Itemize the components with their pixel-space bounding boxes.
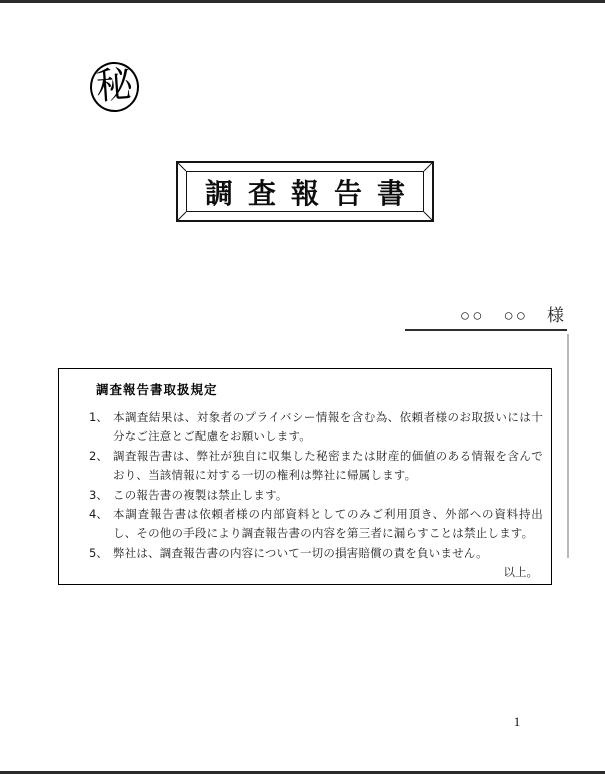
page-top-border <box>0 0 605 3</box>
page-bottom-border <box>0 771 605 774</box>
report-title-inner-frame: 調査報告書 <box>186 171 424 212</box>
item-number: 4、 <box>89 505 113 544</box>
regulation-item: 5、 弊社は、調査報告書の内容について一切の損害賠償の責を負いません。 <box>89 544 543 563</box>
confidential-stamp: 秘 <box>88 60 140 113</box>
item-text: 調査報告書は、弊社が独自に収集した秘密または財産的価値のある情報を含んでおり、当… <box>113 447 543 486</box>
item-number: 3、 <box>89 486 113 505</box>
item-text: 本調査結果は、対象者のプライバシー情報を含む為、依頼者様のお取扱いには十分なご注… <box>113 408 543 447</box>
item-number: 1、 <box>89 408 113 447</box>
regulation-item: 4、 本調査報告書は依頼者様の内部資料としてのみご利用頂き、外部への資料持出し、… <box>89 505 543 544</box>
report-cover-page: 秘 調査報告書 ○○ ○○ 様 調査報告書取扱規定 1、 本調査結果は、対象者の… <box>0 0 605 781</box>
item-text: この報告書の複製は禁止します。 <box>113 486 543 505</box>
regulations-box: 調査報告書取扱規定 1、 本調査結果は、対象者のプライバシー情報を含む為、依頼者… <box>58 368 552 585</box>
report-title-frame: 調査報告書 <box>176 161 434 222</box>
recipient-name: ○○ ○○ 様 <box>460 306 566 325</box>
report-title: 調査報告書 <box>190 172 420 212</box>
page-edge-line <box>567 334 569 558</box>
item-number: 2、 <box>89 447 113 486</box>
confidential-stamp-label: 秘 <box>95 66 135 107</box>
regulation-item: 2、 調査報告書は、弊社が独自に収集した秘密または財産的価値のある情報を含んでお… <box>89 447 543 486</box>
item-text: 本調査報告書は依頼者様の内部資料としてのみご利用頂き、外部への資料持出し、その他… <box>113 505 543 544</box>
regulation-item: 3、 この報告書の複製は禁止します。 <box>89 486 543 505</box>
item-number: 5、 <box>89 544 113 563</box>
regulations-closing: 以上。 <box>89 563 543 582</box>
page-number: 1 <box>506 714 528 730</box>
recipient-line: ○○ ○○ 様 <box>405 302 567 331</box>
regulation-item: 1、 本調査結果は、対象者のプライバシー情報を含む為、依頼者様のお取扱いには十分… <box>89 408 543 447</box>
regulations-heading: 調査報告書取扱規定 <box>89 380 543 398</box>
item-text: 弊社は、調査報告書の内容について一切の損害賠償の責を負いません。 <box>113 544 543 563</box>
